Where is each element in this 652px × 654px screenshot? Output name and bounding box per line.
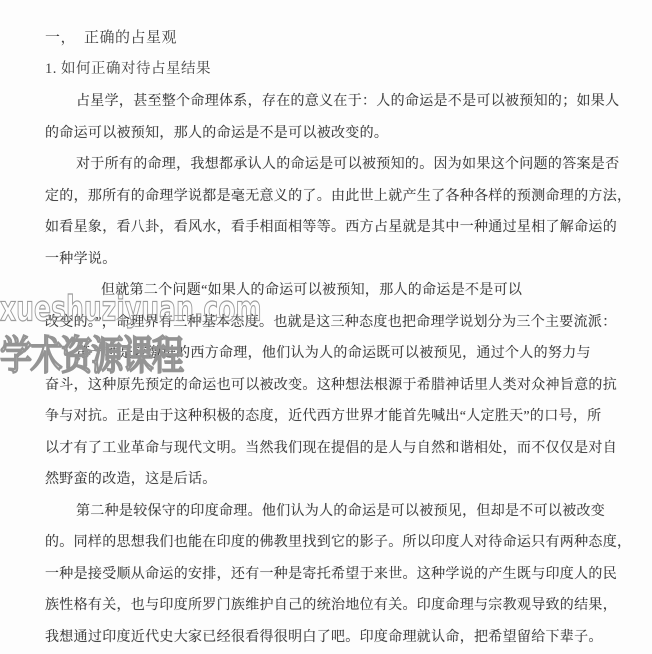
doc-line: 但就第二个问题“如果人的命运可以被预知，那人的命运是不是可以 [45,275,614,307]
doc-line: 的命运可以被预知，那人的命运是不是可以被改变的。 [45,118,614,150]
doc-line: 定的，那所有的命理学说都是毫无意义的了。由此世上就产生了各种各样的预测命理的方法… [45,181,614,213]
doc-line: 奋斗，这种原先预定的命运也可以被改变。这种想法根源于希腊神话里人类对众神旨意的抗 [45,370,614,402]
section-heading: 一， 正确的占星观 [45,24,614,52]
doc-line: 然野蛮的改造，这是后话。 [45,464,614,496]
doc-line: 以才有了工业革命与现代文明。当然我们现在提倡的是人与自然和谐相处，而不仅仅是对自 [45,433,614,465]
subsection-heading: 1. 如何正确对待占星结果 [45,52,614,86]
doc-line: 第一种是较激进的西方命理，他们认为人的命运既可以被预见，通过个人的努力与 [45,338,614,370]
doc-line: 族性格有关，也与印度所罗门族维护自己的统治地位有关。印度命理与宗教观导致的结果， [45,590,614,622]
doc-line: 我想通过印度近代史大家已经很看得很明白了吧。印度命理就认命，把希望留给下辈子。 [45,622,614,654]
doc-line: 一种学说。 [45,244,614,276]
doc-line: 第二种是较保守的印度命理。他们认为人的命运是可以被预见，但却是不可以被改变 [45,496,614,528]
doc-line: 对于所有的命理，我想都承认人的命运是可以被预知的。因为如果这个问题的答案是否 [45,149,614,181]
doc-line: 改变的。”，命理界有三种基本态度。也就是这三种态度也把命理学说划分为三个主要流派… [45,307,614,339]
doc-line: 占星学，甚至整个命理体系，存在的意义在于：人的命运是不是可以被预知的；如果人 [45,86,614,118]
doc-line: 的。同样的思想我们也能在印度的佛教里找到它的影子。所以印度人对待命运只有两种态度… [45,527,614,559]
doc-line: 争与对抗。正是由于这种积极的态度，近代西方世界才能首先喊出“人定胜天”的口号，所 [45,401,614,433]
document-page: 一， 正确的占星观 1. 如何正确对待占星结果 占星学，甚至整个命理体系，存在的… [0,0,652,654]
doc-line: 一种是接受顺从命运的安排，还有一种是寄托希望于来世。这种学说的产生既与印度人的民 [45,559,614,591]
doc-line: 如看星象，看八卦，看风水，看手相面相等等。西方占星就是其中一种通过星相了解命运的 [45,212,614,244]
